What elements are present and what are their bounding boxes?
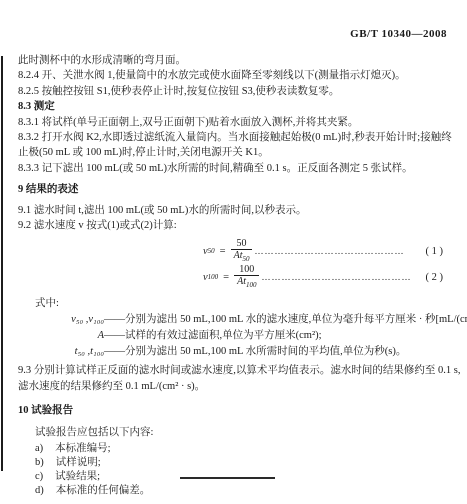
- heading-8-3: 8.3 测定: [18, 99, 467, 114]
- formula-1-number: ( 1 ): [426, 246, 444, 257]
- heading-9: 9 结果的表述: [18, 182, 467, 197]
- heading-10: 10 试验报告: [18, 403, 467, 418]
- definition-A-desc: 试样的有效过滤面积,单位为平方厘米(cm²);: [125, 328, 322, 344]
- formula-1-fraction: 50 At50: [231, 238, 253, 265]
- clause-9-3-line2: 滤水速度的结果修约至 0.1 mL/(cm² · s)。: [18, 379, 467, 394]
- formulas-block: v50= 50 At50 ……………………………………… ( 1 ) v100=…: [0, 238, 467, 290]
- document-body: 此时测杯中的水形成清晰的弯月面。 8.2.4 开、关泄水阀 1,使量筒中的水放完…: [0, 53, 467, 498]
- definition-A: A——试样的有效过滤面积,单位为平方厘米(cm²);: [18, 328, 467, 344]
- report-item-a: a)本标准编号;: [35, 442, 467, 456]
- formula-2-number: ( 2 ): [426, 272, 444, 283]
- paragraph-intro: 此时测杯中的水形成清晰的弯月面。: [18, 53, 467, 68]
- standard-number-header: GB/T 10340—2008: [350, 28, 447, 40]
- formula-1-leader-dots: ………………………………………: [254, 246, 423, 256]
- clause-9-2: 9.2 滤水速度 v 按式(1)或式(2)计算:: [18, 218, 467, 233]
- clause-8-2-5: 8.2.5 按触控按钮 S1,使秒表停止计时,按复位按钮 S3,使秒表读数复零。: [18, 84, 467, 99]
- definition-t: t₅₀ ,t₁₀₀——分别为滤出 50 mL,100 mL 水所需时间的平均值,…: [18, 344, 467, 360]
- definition-t-term: t₅₀ ,t₁₀₀: [18, 344, 104, 360]
- definition-v: v₅₀ ,v₁₀₀——分别为滤出 50 mL,100 mL 水的滤水速度,单位为…: [18, 312, 467, 328]
- where-label: 式中:: [35, 296, 467, 311]
- formula-2: v100= 100 At100 ……………………………………… ( 2 ): [203, 264, 443, 290]
- clause-9-3-line1: 9.3 分别计算试样正反面的滤水时间或滤水速度,以算术平均值表示。滤水时间的结果…: [18, 363, 467, 378]
- clause-8-3-1: 8.3.1 将试样(单号正面朝上,双号正面朝下)贴着水面放入测杯,并将其夹紧。: [18, 115, 467, 130]
- report-item-b: b)试样说明;: [35, 456, 467, 470]
- formula-2-fraction: 100 At100: [234, 264, 259, 291]
- definition-v-term: v₅₀ ,v₁₀₀: [18, 312, 104, 328]
- definition-v-desc: 分别为滤出 50 mL,100 mL 水的滤水速度,单位为毫升每平方厘米 · 秒…: [125, 312, 467, 328]
- formula-1: v50= 50 At50 ……………………………………… ( 1 ): [203, 238, 443, 264]
- formula-1-lhs: v50=: [203, 246, 231, 257]
- formula-2-lhs: v100=: [203, 272, 234, 283]
- document-page: GB/T 10340—2008 此时测杯中的水形成清晰的弯月面。 8.2.4 开…: [0, 0, 467, 504]
- formula-2-leader-dots: ………………………………………: [261, 272, 423, 282]
- clause-8-3-3: 8.3.3 记下滤出 100 mL(或 50 mL)水所需的时间,精确至 0.1…: [18, 161, 467, 176]
- clause-8-2-4: 8.2.4 开、关泄水阀 1,使量筒中的水放完或使水面降至零刻线以下(测量指示灯…: [18, 68, 467, 83]
- clause-8-3-2-line1: 8.3.2 打开水阀 K2,水即透过滤纸流入量筒内。当水面接触起始极(0 mL)…: [18, 130, 467, 145]
- definition-t-desc: 分别为滤出 50 mL,100 mL 水所需时间的平均值,单位为秒(s)。: [125, 344, 406, 360]
- definition-A-term: A: [18, 328, 104, 344]
- footer-divider-line: [180, 477, 275, 479]
- report-intro: 试验报告应包括以下内容:: [35, 425, 467, 440]
- report-item-d: d)本标准的任何偏差。: [35, 484, 467, 498]
- clause-8-3-2-line2: 止极(50 mL 或 100 mL)时,停止计时,关闭电源开关 K1。: [18, 145, 467, 160]
- clause-9-1: 9.1 滤水时间 t,滤出 100 mL(或 50 mL)水的所需时间,以秒表示…: [18, 203, 467, 218]
